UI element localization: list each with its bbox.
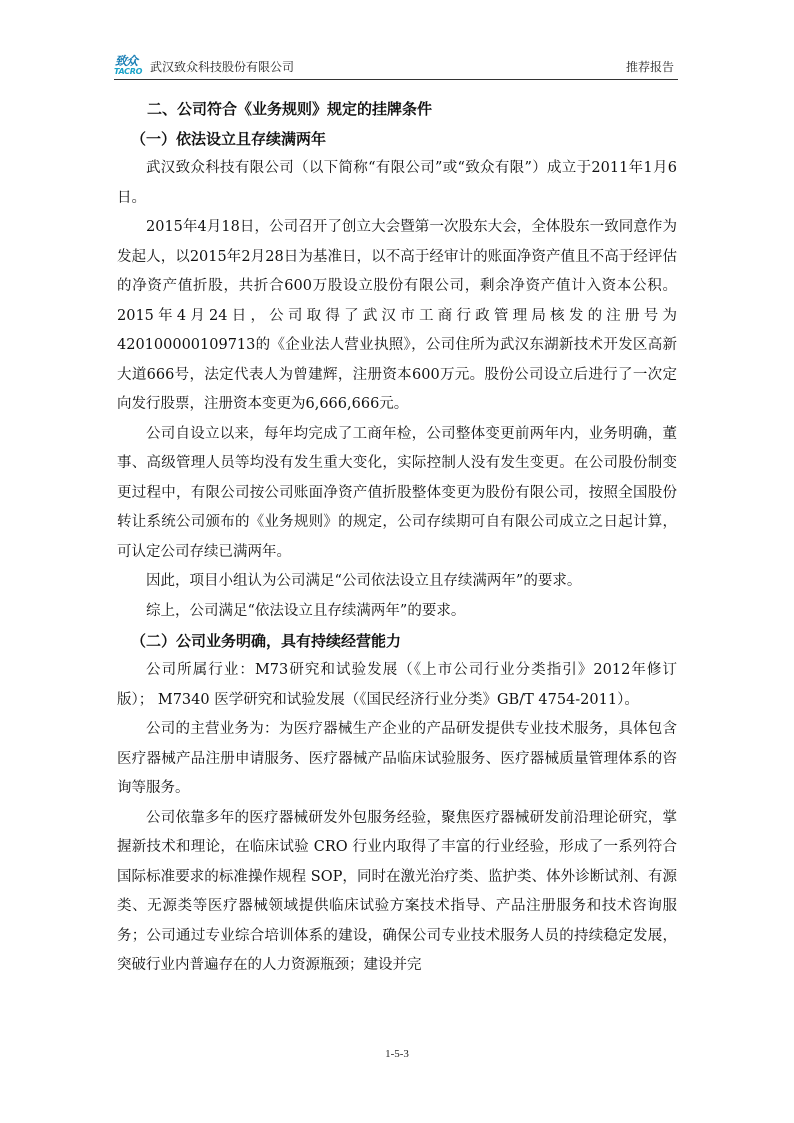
paragraph: 2015年4月18日，公司召开了创立大会暨第一次股东大会，全体股东一致同意作为发…	[117, 213, 677, 420]
paragraph: 因此，项目小组认为公司满足“公司依法设立且存续满两年”的要求。	[117, 567, 677, 597]
logo-english-text: TACRO	[114, 67, 142, 76]
logo-chinese-text: 致众	[115, 55, 137, 67]
page-number: 1-5-3	[0, 1048, 794, 1060]
paragraph: 武汉致众科技有限公司（以下简称“有限公司”或“致众有限”）成立于2011年1月6…	[117, 154, 677, 213]
section-title: 二、公司符合《业务规则》规定的挂牌条件	[117, 94, 677, 124]
subsection-title-1: （一）依法设立且存续满两年	[117, 124, 677, 154]
paragraph: 公司依靠多年的医疗器械研发外包服务经验，聚焦医疗器械研发前沿理论研究，掌握新技术…	[117, 804, 677, 981]
paragraph: 公司的主营业务为：为医疗器械生产企业的产品研发提供专业技术服务，具体包含医疗器械…	[117, 715, 677, 804]
subsection-title-2: （二）公司业务明确，具有持续经营能力	[117, 626, 677, 656]
page-header: 致众 TACRO 武汉致众科技股份有限公司 推荐报告	[114, 55, 678, 80]
document-body: 二、公司符合《业务规则》规定的挂牌条件 （一）依法设立且存续满两年 武汉致众科技…	[117, 94, 677, 981]
paragraph: 综上，公司满足“依法设立且存续满两年”的要求。	[117, 597, 677, 627]
company-logo-icon: 致众 TACRO	[114, 55, 152, 77]
header-company-name: 武汉致众科技股份有限公司	[150, 60, 294, 74]
header-report-type: 推荐报告	[626, 60, 674, 74]
paragraph: 公司自设立以来，每年均完成了工商年检，公司整体变更前两年内，业务明确，董事、高级…	[117, 420, 677, 568]
paragraph: 公司所属行业：M73研究和试验发展（《上市公司行业分类指引》2012年修订版）；…	[117, 656, 677, 715]
